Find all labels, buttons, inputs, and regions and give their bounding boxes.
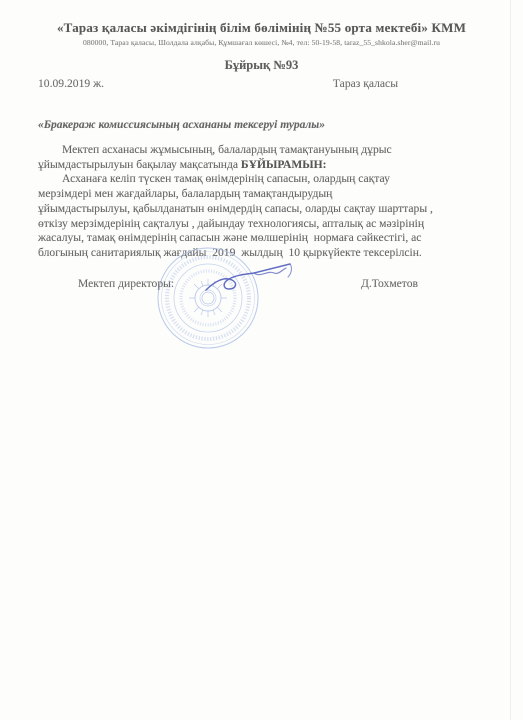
signer-name: Д.Тохметов: [361, 277, 418, 290]
order-body: Мектеп асханасы жұмысының, балалардың та…: [38, 143, 470, 261]
order-date: 10.09.2019 ж.: [38, 77, 104, 90]
body-line: мерзімдері мен жағдайлары, балалардың та…: [38, 187, 470, 202]
date-city-row: 10.09.2019 ж. Тараз қаласы: [38, 77, 398, 90]
scan-edge-artifact: [510, 0, 512, 720]
order-keyword: БҰЙЫРАМЫН:: [241, 158, 327, 171]
order-city: Тараз қаласы: [333, 77, 398, 90]
body-line: жасалуы, тамақ өнімдерінің сапасын және …: [38, 231, 470, 246]
stamp-ring-microtext: [167, 257, 249, 339]
body-line: өткізу мерзімдерінің сақталуы , дайындау…: [38, 217, 470, 232]
body-line: Мектеп асханасы жұмысының, балалардың та…: [38, 143, 470, 158]
letterhead: «Тараз қаласы әкімдігінің білім бөліміні…: [0, 20, 523, 47]
document-page: «Тараз қаласы әкімдігінің білім бөліміні…: [0, 0, 523, 720]
organization-name: «Тараз қаласы әкімдігінің білім бөліміні…: [0, 20, 523, 36]
body-line: блогының санитариялық жағдайы 2019 жылды…: [38, 246, 470, 261]
order-number-title: Бұйрық №93: [0, 58, 523, 73]
body-line: Асханаға келіп түскен тамақ өнімдерінің …: [38, 172, 470, 187]
signer-role-label: Мектеп директоры:: [78, 277, 174, 290]
order-subject: «Бракераж комиссиясының асхананы тексеру…: [38, 119, 483, 131]
organization-address: 080000, Тараз қаласы, Шолдала алқабы, Құ…: [0, 38, 523, 47]
signature-row: Мектеп директоры: Д.Тохметов: [78, 277, 418, 290]
body-line: ұйымдастырылуын бақылау мақсатында БҰЙЫР…: [38, 158, 470, 173]
body-line-text: ұйымдастырылуын бақылау мақсатында: [38, 158, 241, 171]
body-line: ұйымдастырылуы, қабылданатын өнімдердің …: [38, 202, 470, 217]
